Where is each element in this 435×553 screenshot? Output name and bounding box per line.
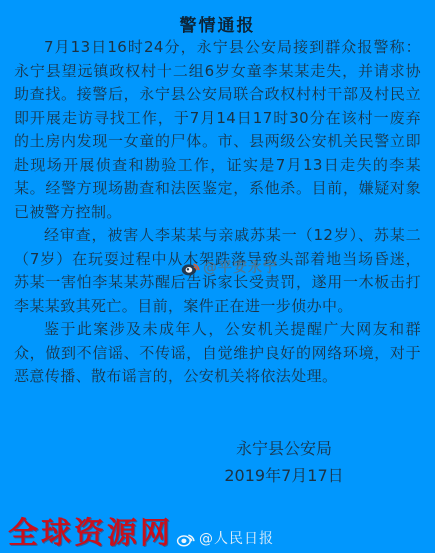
weibo-account-bottom: @人民日报 xyxy=(199,528,274,548)
notice-title: 警情通报 xyxy=(14,11,421,36)
notice-paragraph-1: 7月13日16时24分，永宁县公安局接到群众报警称：永宁县望远镇政权村十二组6岁… xyxy=(14,36,421,224)
police-notice-document: 警情通报 7月13日16时24分，永宁县公安局接到群众报警称：永宁县望远镇政权村… xyxy=(0,0,435,553)
notice-paragraph-3: 鉴于此案涉及未成年人，公安机关提醒广大网友和群众，做到不信谣、不传谣，自觉维护良… xyxy=(14,318,421,389)
notice-body: 7月13日16时24分，永宁县公安局接到群众报警称：永宁县望远镇政权村十二组6岁… xyxy=(14,36,421,389)
notice-paragraph-2: 经审查，被害人李某某与亲戚苏某一（12岁）、苏某二（7岁）在玩耍过程中从木架跌落… xyxy=(14,224,421,318)
issuing-authority: 永宁县公安局 xyxy=(174,435,394,462)
signature-block: 永宁县公安局 2019年7月17日 xyxy=(174,435,394,489)
weibo-watermark-rmrb: @人民日报 xyxy=(176,528,274,548)
weibo-icon xyxy=(176,530,195,547)
site-watermark: 全球资源网 xyxy=(8,508,173,552)
issue-date: 2019年7月17日 xyxy=(174,462,394,489)
